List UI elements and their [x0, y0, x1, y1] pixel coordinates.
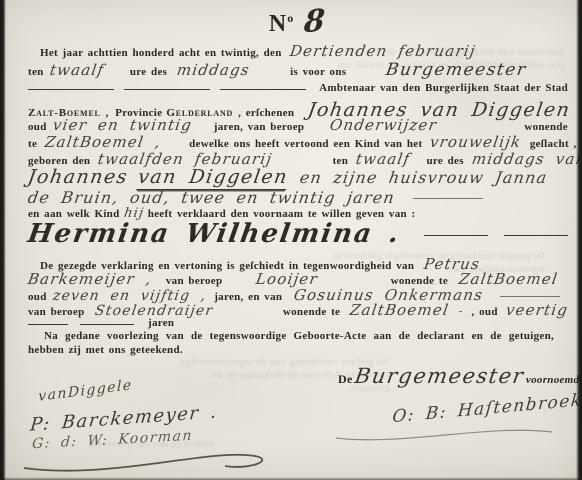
field-father-firstname: Johannes	[26, 166, 130, 188]
rule-dash	[80, 322, 134, 325]
act-closing-line2: hebben zij met ons geteekend.	[28, 344, 568, 356]
field-declarant-residence: ZaltBoemel ,	[44, 133, 163, 151]
act-number-value: 8	[303, 3, 328, 41]
printed-voornoemd: voornoemd ,	[526, 374, 582, 386]
act-line-child-name: Hermina Wilhelmina .	[28, 219, 568, 249]
field-mayor-title: Burgemeester	[353, 364, 526, 388]
printed-voorlezing-text: Na gedane voorlezing van de tegenswoordi…	[44, 330, 554, 342]
printed-jaren2: jaren	[148, 317, 174, 329]
field-act-date: Dertienden februarij	[288, 42, 477, 60]
printed-is-voor-ons: is voor ons	[290, 66, 346, 78]
field-child-name: Hermina Wilhelmina .	[26, 219, 403, 249]
act-mayor-line: De Burgemeester voornoemd ,	[338, 364, 568, 388]
field-declarant-age: vier en twintig	[51, 116, 193, 134]
printed-oud: oud	[28, 121, 47, 133]
act-line-year-date: Het jaar achttien honderd acht en twinti…	[28, 42, 568, 60]
act-line-residence-child: te ZaltBoemel , dewelke ons heeft vertoo…	[28, 133, 568, 151]
rule-dash	[28, 87, 114, 90]
field-hour: twaalf	[48, 61, 105, 79]
rule-dash	[124, 87, 210, 90]
act-line-age-occupation: oud vier en twintig jaren, van beroep On…	[28, 116, 568, 134]
field-child-gender: vrouwelijk	[429, 133, 523, 151]
printed-te: te	[28, 138, 37, 150]
rule-dash	[459, 309, 461, 312]
rule-dash	[424, 233, 488, 236]
field-daypart: middags	[176, 61, 252, 79]
act-closing-line1: Na gedane voorlezing van de tegenswoordi…	[28, 330, 568, 342]
signature-mayor: O: B: Haſtenbroek .	[392, 389, 582, 427]
field-official-title: Burgemeester	[385, 60, 529, 80]
field-declarant-occupation: Onderwijzer	[329, 116, 439, 134]
printed-wonende: wonende	[524, 121, 568, 133]
printed-kind-vertoond: dewelke ons heeft vertoond een Kind van …	[189, 138, 422, 150]
printed-geslacht: geſlacht ,	[530, 138, 577, 150]
printed-ten: ten	[28, 66, 44, 78]
printed-de: De	[338, 372, 353, 387]
field-mother-name-age: de Bruin, oud, twee en twintig jaren	[26, 188, 396, 207]
printed-ambtenaar-text: Ambtenaar van den Burgerlijken Staat der…	[319, 82, 568, 94]
rule-dash	[413, 196, 483, 199]
act-line-ambtenaar: Ambtenaar van den Burgerlijken Staat der…	[28, 82, 568, 94]
field-father-surname: van Diggelen	[136, 166, 290, 190]
birth-certificate-scan: Ambtenaar van den Burgerlijken Staat der…	[0, 0, 582, 480]
rule-dash	[220, 87, 306, 90]
printed-year-text: Het jaar achttien honderd acht en twinti…	[40, 47, 282, 59]
scan-edge-left	[0, 0, 6, 480]
act-number-label: No	[269, 11, 294, 38]
printed-geteekend-text: hebben zij met ons geteekend.	[28, 344, 183, 356]
act-line-mother-name: de Bruin, oud, twee en twintig jaren	[28, 188, 568, 207]
rule-dash	[500, 294, 560, 297]
act-line-father-name: Johannes van Diggelen en zijne huisvrouw…	[28, 166, 568, 190]
act-number: No 8	[28, 4, 568, 39]
act-line-hour-official: ten twaalf ure des middags is voor ons B…	[28, 60, 568, 80]
signature-flourish	[20, 446, 440, 478]
act-line-jaren: jaren	[28, 317, 568, 329]
signature-flourish-mayor	[330, 420, 560, 446]
printed-jaren-beroep: jaren, van beroep	[214, 121, 305, 133]
field-mother-intro: en zijne huisvrouw Janna	[298, 168, 548, 187]
rule-dash	[504, 233, 545, 236]
rule-dash	[28, 322, 68, 325]
rule-dash	[545, 233, 568, 236]
printed-ure-des: ure des	[130, 66, 167, 78]
